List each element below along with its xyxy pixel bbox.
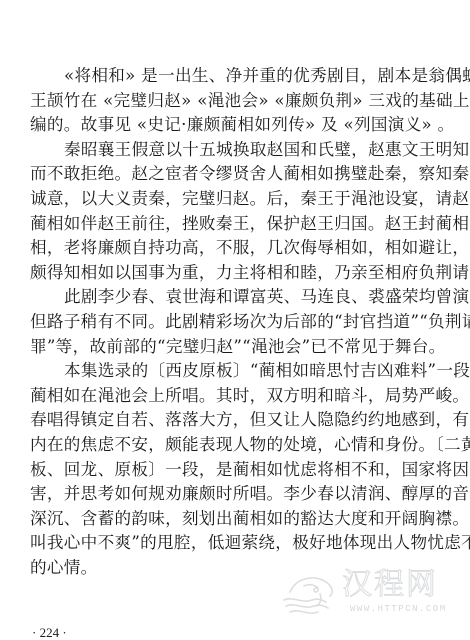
document-page: «将相和» 是一出生、净并重的优秀剧目，剧本是翁偶虹、 王颉竹在 «完璧归赵» … (30, 64, 430, 580)
text-line: 蔺相如在渑池会上所唱。其时，双方明和暗斗，局势严峻。李少 (30, 384, 430, 409)
watermark-url: WWW.HTTPCN.COM (350, 604, 447, 614)
text-line: 板、回龙、原板〕一段，是蔺相如忧虑将相不和，国家将因 此 受 (30, 458, 430, 483)
text-line: 相，老将廉颇自持功高，不服，几次侮辱相如，相如避让，后廉 (30, 236, 430, 261)
text-line: 此剧李少春、袁世海和谭富英、马连良、裘盛荣均曾演出， (30, 285, 430, 310)
text-line: 秦昭襄王假意以十五城换取赵国和氏璧，赵惠文王明知其诈 (30, 138, 430, 163)
paragraph-4: 本集选录的〔西皮原板〕“蔺相如暗思忖吉凶难料”一段，为 蔺相如在渑池会上所唱。其… (30, 359, 430, 580)
paragraph-3: 此剧李少春、袁世海和谭富英、马连良、裘盛荣均曾演出， 但路子稍有不同。此剧精彩场… (30, 285, 430, 359)
text-line: 本集选录的〔西皮原板〕“蔺相如暗思忖吉凶难料”一段，为 (30, 359, 430, 384)
dolphin-wave-logo-icon (280, 570, 340, 618)
page-number: · 224 · (32, 626, 67, 640)
text-line: 而不敢拒绝。赵之宦者令缪贤舍人蔺相如携璧赴秦，察知秦王无 (30, 162, 430, 187)
paragraph-2: 秦昭襄王假意以十五城换取赵国和氏璧，赵惠文王明知其诈 而不敢拒绝。赵之宦者令缪贤… (30, 138, 430, 286)
text-line: 颇得知相如以国事为重，力主将相和睦，乃亲至相府负荆请罪。 (30, 261, 430, 286)
text-line: 蔺相如伴赵王前往，挫败秦王，保护赵王归国。赵王封蔺相如为 (30, 212, 430, 237)
text-line: 叫我心中不爽”的甩腔，低迴萦绕，极好地体现出人物忧虑不安 (30, 531, 430, 556)
text-line: 害，并思考如何规劝廉颇时所唱。李少春以清润、醇厚的音色， (30, 482, 430, 507)
paragraph-1: «将相和» 是一出生、净并重的优秀剧目，剧本是翁偶虹、 王颉竹在 «完璧归赵» … (30, 64, 430, 138)
text-line: 内在的焦虑不安，颇能表现人物的处境，心情和身份。〔二黄 导 (30, 433, 430, 458)
text-line: 王颉竹在 «完璧归赵» «渑池会» «廉颇负荆» 三戏的基础上改 (30, 89, 430, 114)
watermark: 汉程网 WWW.HTTPCN.COM (280, 568, 450, 620)
text-line: 但路子稍有不同。此剧精彩场次为后部的“封官挡道”“负荆请 (30, 310, 430, 335)
watermark-title: 汉程网 (342, 568, 438, 602)
text-line: 诚意，以大义责秦，完璧归赵。后，秦王于渑池设宴，请赵王赴会， (30, 187, 430, 212)
text-line: 编的。故事见 «史记·廉颇蔺相如列传» 及 «列国演义» 。 (30, 113, 430, 138)
text-line: «将相和» 是一出生、净并重的优秀剧目，剧本是翁偶虹、 (30, 64, 430, 89)
text-line: 深沉、含蓄的韵味，刻划出蔺相如的豁达大度和开阔胸襟。“好 (30, 507, 430, 532)
text-line: 春唱得镇定自若、落落大方，但又让人隐隐约约地感到，有一种 (30, 408, 430, 433)
text-line: 罪”等，故前部的“完璧归赵”“渑池会”已不常见于舞台。 (30, 335, 430, 360)
